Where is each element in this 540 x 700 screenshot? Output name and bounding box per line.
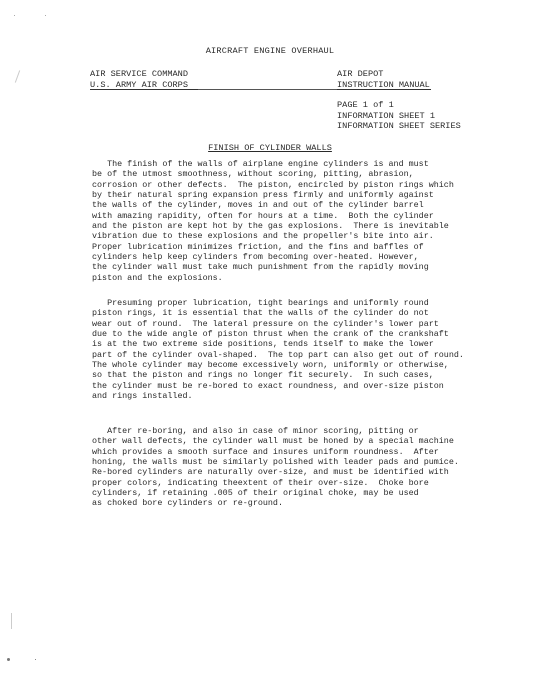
text-line: proper colors, indicating theextent of t… (92, 478, 512, 488)
page-number: PAGE 1 of 1 (337, 100, 461, 111)
page-info: PAGE 1 of 1 INFORMATION SHEET 1 INFORMAT… (337, 100, 461, 132)
information-sheet: INFORMATION SHEET 1 (337, 111, 461, 122)
header-right: AIR DEPOT INSTRUCTION MANUAL (337, 69, 430, 91)
text-line: as choked bore cylinders or re-ground. (92, 498, 512, 508)
paragraph-1: The finish of the walls of airplane engi… (92, 159, 512, 283)
section-heading: FINISH OF CYLINDER WALLS (0, 143, 540, 153)
text-line: and the piston are kept hot by the gas e… (92, 221, 512, 231)
scan-speck (35, 659, 36, 660)
text-line: Proper lubrication minimizes friction, a… (92, 242, 512, 252)
text-line: Presuming proper lubrication, tight bear… (92, 298, 512, 308)
text-line: vibration due to these explosions and th… (92, 231, 512, 241)
text-line: piston and the explosions. (92, 273, 512, 283)
text-line: Re-bored cylinders are naturally over-si… (92, 467, 512, 477)
text-line: honing, the walls must be similarly poli… (92, 457, 512, 467)
text-line: After re-boring, and also in case of min… (92, 426, 512, 436)
text-line: The whole cylinder may become excessivel… (92, 360, 512, 370)
header-left: AIR SERVICE COMMAND U.S. ARMY AIR CORPS (90, 69, 188, 91)
text-line: so that the piston and rings no longer f… (92, 370, 512, 380)
text-line: piston rings, it is essential that the w… (92, 308, 512, 318)
text-line: is at the two extreme side positions, te… (92, 339, 512, 349)
text-line: the cylinder must be re-bored to exact r… (92, 381, 512, 391)
text-line: with amazing rapidity, often for hours a… (92, 211, 512, 221)
header-right-line-1: AIR DEPOT (337, 69, 430, 80)
scan-mark (11, 613, 12, 629)
paragraph-3: After re-boring, and also in case of min… (92, 426, 512, 509)
text-line: cylinders, if retaining .005 of their or… (92, 488, 512, 498)
document-title: AIRCRAFT ENGINE OVERHAUL (0, 46, 540, 56)
text-line: cylinders help keep cylinders from becom… (92, 252, 512, 262)
text-line: the cylinder wall must take much punishm… (92, 262, 512, 272)
text-line: due to the wide angle of piston thrust w… (92, 329, 512, 339)
paragraph-2: Presuming proper lubrication, tight bear… (92, 298, 512, 401)
header-rule-left (90, 89, 198, 90)
text-line: The finish of the walls of airplane engi… (92, 159, 512, 169)
scan-speck (7, 658, 10, 661)
text-line: and rings installed. (92, 391, 512, 401)
scan-speck (14, 15, 15, 16)
text-line: corrosion or other defects. The piston, … (92, 180, 512, 190)
header-left-line-1: AIR SERVICE COMMAND (90, 69, 188, 80)
text-line: the walls of the cylinder, moves in and … (92, 200, 512, 210)
text-line: by their natural spring expansion press … (92, 190, 512, 200)
text-line: part of the cylinder oval-shaped. The to… (92, 350, 512, 360)
text-line: be of the utmost smoothness, without sco… (92, 169, 512, 179)
header-rule-middle (198, 89, 337, 90)
header-rule-right (337, 89, 431, 90)
section-heading-text: FINISH OF CYLINDER WALLS (208, 143, 332, 153)
text-line: other wall defects, the cylinder wall mu… (92, 436, 512, 446)
information-sheet-series: INFORMATION SHEET SERIES (337, 121, 461, 132)
text-line: wear out of round. The lateral pressure … (92, 319, 512, 329)
scan-speck (45, 15, 46, 16)
text-line: which provides a smooth surface and insu… (92, 447, 512, 457)
scan-mark (15, 70, 20, 83)
